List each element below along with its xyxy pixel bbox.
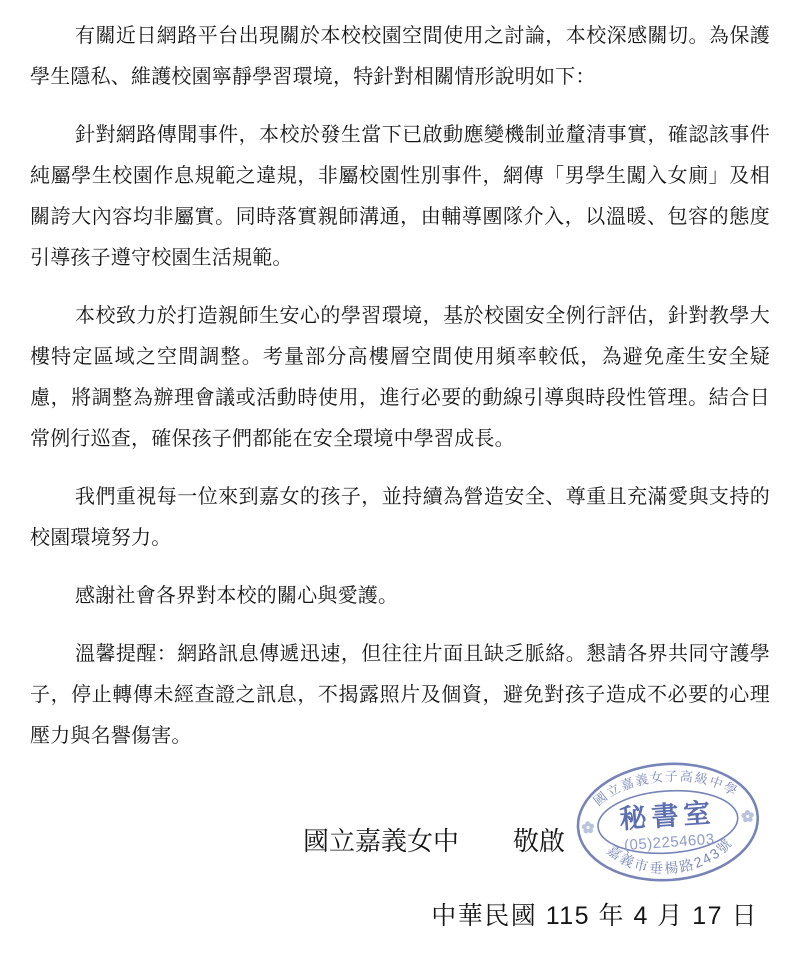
signature-closing: 敬啟 xyxy=(513,823,565,859)
date-line: 中華民國 115 年 4 月 17 日 xyxy=(30,899,770,933)
plum-blossom-icon xyxy=(581,821,594,834)
stamp-office-name: 秘書室 xyxy=(619,798,717,835)
stamp-phone-number: (05)2254603 xyxy=(624,831,716,854)
office-seal-stamp: 國立嘉義女子高級中學 秘書室 (05)2254603 嘉義市垂楊路243號 xyxy=(564,751,773,897)
paragraph-commitment: 我們重視每一位來到嘉女的孩子，並持續為營造安全、尊重且充滿愛與支持的校園環境努力… xyxy=(30,477,770,559)
paragraph-space-adjustment: 本校致力於打造親師生安心的學習環境，基於校園安全例行評估，針對教學大樓特定區域之… xyxy=(30,296,770,460)
paragraph-incident-clarification: 針對網路傳聞事件，本校於發生當下已啟動應變機制並釐清事實，確認該事件純屬學生校園… xyxy=(30,115,770,279)
paragraph-thanks: 感謝社會各界對本校的關心與愛護。 xyxy=(30,576,770,617)
signature-school-name: 國立嘉義女中 xyxy=(303,823,459,859)
paragraph-reminder: 溫馨提醒：網路訊息傳遞迅速，但往往片面且缺乏脈絡。懇請各界共同守護學子，停止轉傳… xyxy=(30,634,770,757)
letter-document: 有關近日網路平台出現關於本校校園空間使用之討論，本校深感關切。為保護學生隱私、維… xyxy=(0,0,800,965)
paragraph-intro: 有關近日網路平台出現關於本校校園空間使用之討論，本校深感關切。為保護學生隱私、維… xyxy=(30,16,770,98)
plum-blossom-icon xyxy=(741,810,754,823)
